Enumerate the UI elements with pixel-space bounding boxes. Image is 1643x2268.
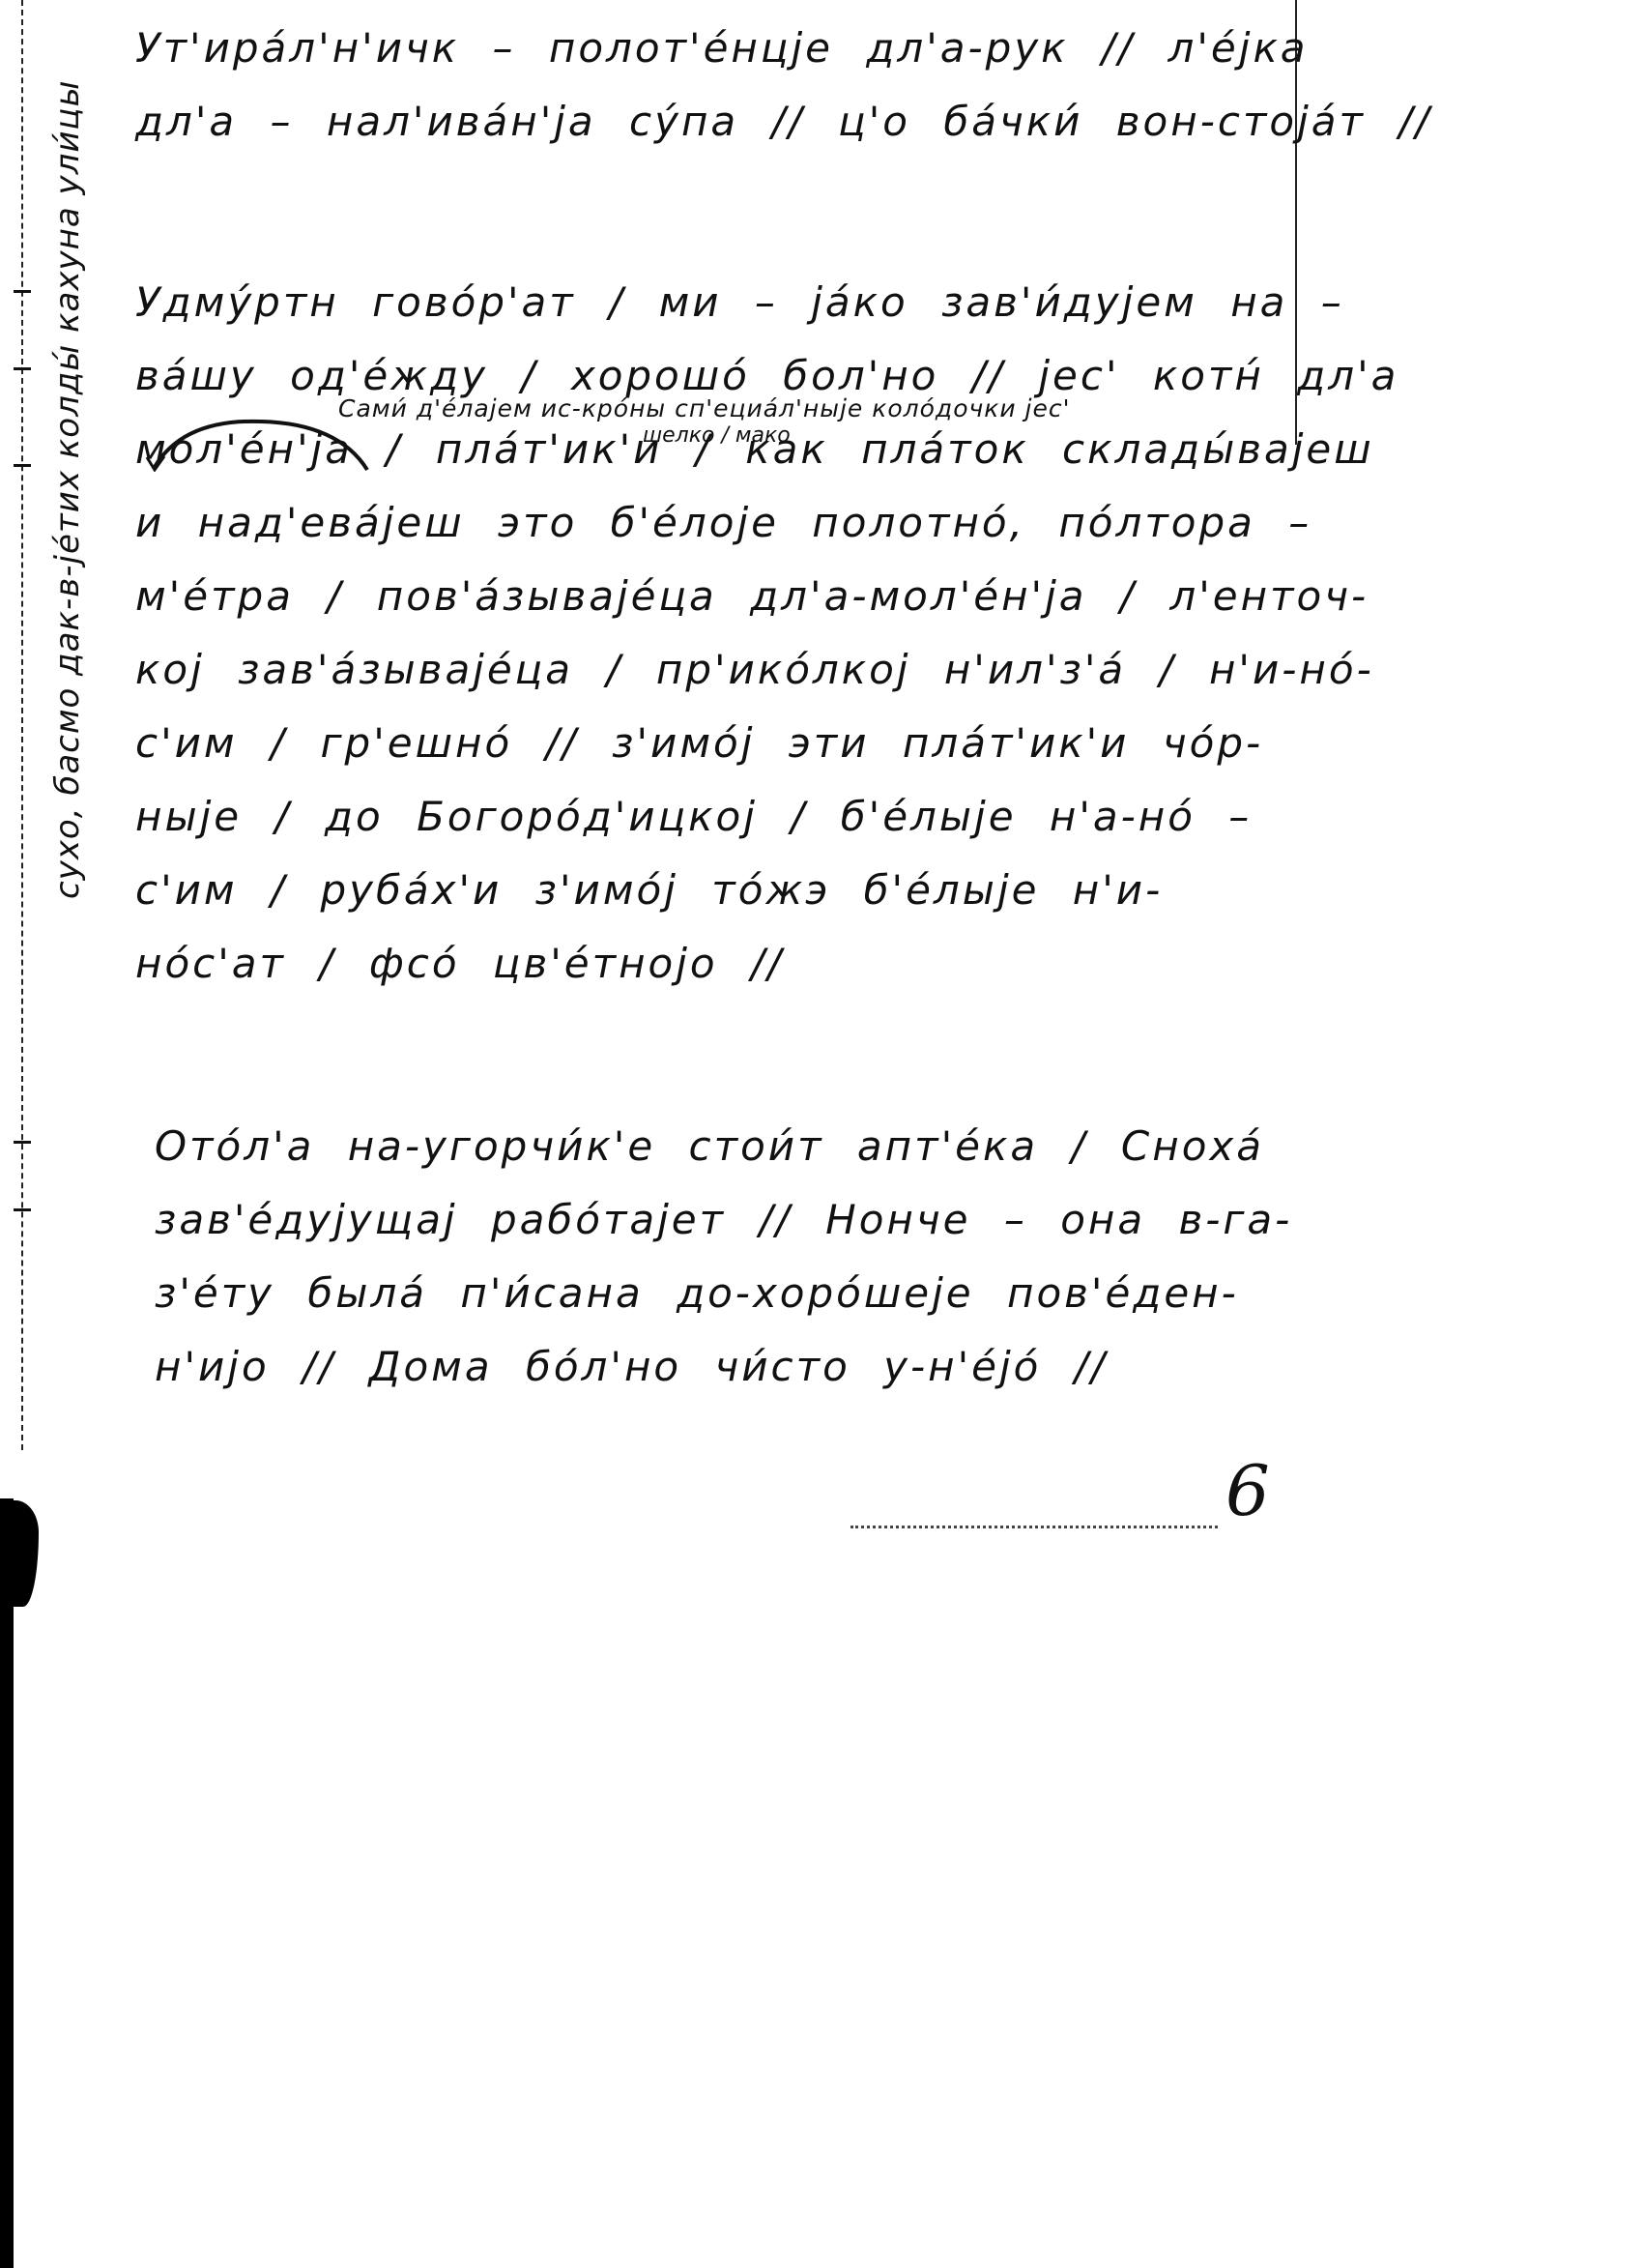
- text-line: Удму́ртн гово́р'ат / ми – ја́ко зав'и́ду…: [135, 266, 1398, 339]
- left-fold-dashed-line: [21, 0, 23, 1450]
- fold-tick-mark: [14, 290, 31, 293]
- scan-shadow-blob: [0, 1500, 39, 1607]
- paragraph-1: Ут'ира́л'н'ичк – полот'е́нцје дл'а-рук /…: [135, 12, 1432, 159]
- text-line: м'е́тра / пов'а́зываје́ца дл'а-мол'е́н'ј…: [135, 560, 1398, 633]
- text-line: з'е́ту была́ п'и́сана до-хоро́шеје пов'е…: [155, 1257, 1292, 1330]
- text-line: с'им / руба́х'и з'имо́ј то́жэ б'е́лыје н…: [135, 854, 1398, 927]
- text-line: Ото́л'а на-угорчи́к'е стои́т апт'е́ка / …: [155, 1110, 1292, 1183]
- fold-tick-mark: [14, 464, 31, 467]
- dotted-rule: [850, 1526, 1218, 1528]
- scanned-page: сухо, басмо дак-в-је́тих колды́ кахуна у…: [0, 0, 1643, 2268]
- text-line: дл'а – нал'ива́н'ја су́па // ц'о ба́чки́…: [135, 85, 1432, 159]
- interlinear-insertion-small: шелко / мако: [643, 423, 791, 448]
- fold-tick-mark: [14, 1208, 31, 1211]
- page-number: 6: [1225, 1450, 1270, 1531]
- text-line: ныје / до Богоро́д'ицкој / б'е́лыје н'а-…: [135, 780, 1398, 854]
- text-line: кој зав'а́зываје́ца / пр'ико́лкој н'ил'з…: [135, 633, 1398, 707]
- vertical-margin-note: сухо, басмо дак-в-је́тих колды́ кахуна у…: [48, 80, 87, 899]
- fold-tick-mark: [14, 367, 31, 370]
- paragraph-2: Удму́ртн гово́р'ат / ми – ја́ко зав'и́ду…: [135, 266, 1398, 1001]
- text-line: Ут'ира́л'н'ичк – полот'е́нцје дл'а-рук /…: [135, 12, 1432, 85]
- interlinear-insertion: Сами́ д'е́лајем ис-кро́ны сп'ециа́л'ныје…: [338, 394, 1071, 422]
- scan-shadow: [0, 1498, 14, 2268]
- insertion-caret-arc: [145, 414, 406, 472]
- text-line: зав'е́дујущај рабо́тајет // Нонче – она …: [155, 1183, 1292, 1257]
- fold-tick-mark: [14, 1141, 31, 1144]
- text-line: н'ијо // Дома бо́л'но чи́сто у-н'е́јо́ /…: [155, 1330, 1292, 1404]
- text-line: с'им / гр'ешно́ // з'имо́ј эти пла́т'ик'…: [135, 707, 1398, 780]
- text-line: но́с'ат / фсо́ цв'е́тнојо //: [135, 927, 1398, 1001]
- text-line: и над'ева́јеш это б'е́лоје полотно́, по́…: [135, 486, 1398, 560]
- paragraph-3: Ото́л'а на-угорчи́к'е стои́т апт'е́ка / …: [155, 1110, 1292, 1404]
